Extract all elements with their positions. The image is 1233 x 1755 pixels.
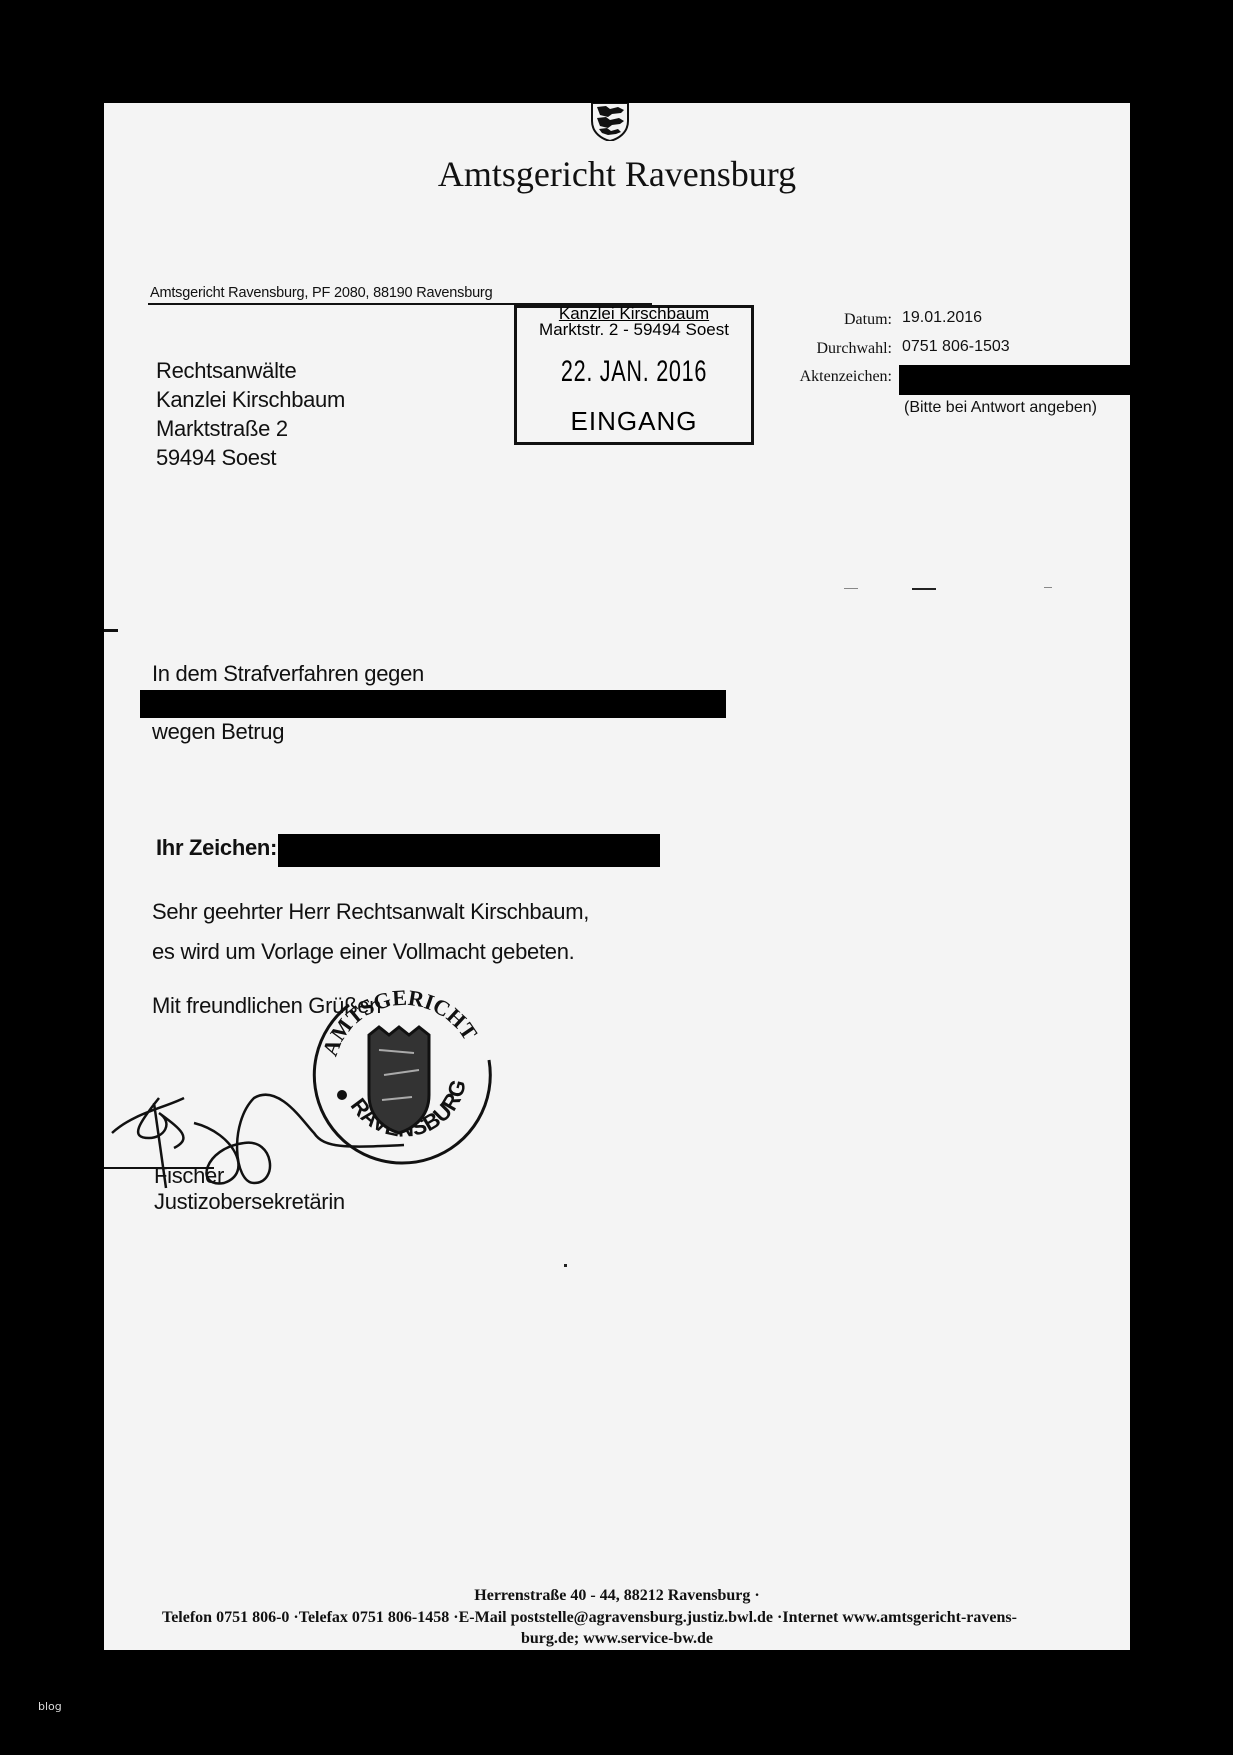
scan-speck: [564, 1264, 567, 1267]
scan-speck: [844, 588, 858, 589]
footer-address: Herrenstraße 40 - 44, 88212 Ravensburg ·: [104, 1587, 1130, 1605]
footer-contact-continued: burg.de; www.service-bw.de: [104, 1630, 1130, 1648]
sender-return-address: Amtsgericht Ravensburg, PF 2080, 88190 R…: [150, 285, 492, 301]
recipient-line-4: 59494 Soest: [156, 445, 276, 471]
signature: [104, 1053, 424, 1193]
request-text: es wird um Vorlage einer Vollmacht gebet…: [152, 939, 574, 965]
scan-speck: [1044, 587, 1052, 588]
extension-value: 0751 806-1503: [902, 338, 1010, 356]
extension-label: Durchwahl:: [712, 340, 892, 358]
case-intro: In dem Strafverfahren gegen: [152, 661, 424, 687]
recipient-line-2: Kanzlei Kirschbaum: [156, 387, 345, 413]
scan-speck: [912, 588, 936, 590]
date-value: 19.01.2016: [902, 309, 982, 327]
fold-mark: [104, 629, 118, 632]
stamp-received-date: 22. JAN. 2016: [550, 355, 718, 389]
your-reference-redacted: [278, 834, 660, 867]
file-reference-label: Aktenzeichen:: [712, 368, 892, 386]
charge-line: wegen Betrug: [152, 719, 284, 745]
defendant-redacted: [140, 690, 726, 718]
footer-contact: Telefon 0751 806-0 ·Telefax 0751 806-145…: [162, 1609, 1017, 1627]
reply-reference-note: (Bitte bei Antwort angeben): [904, 399, 1097, 417]
signer-name: Fischer: [154, 1163, 224, 1189]
your-reference-label: Ihr Zeichen:: [156, 835, 277, 861]
salutation: Sehr geehrter Herr Rechtsanwalt Kirschba…: [152, 899, 589, 925]
stamp-label: EINGANG: [517, 406, 751, 437]
recipient-line-3: Marktstraße 2: [156, 416, 288, 442]
file-reference-redacted: [899, 365, 1130, 395]
letter-page: Amtsgericht Ravensburg Amtsgericht Raven…: [104, 103, 1130, 1650]
coat-of-arms-icon: [588, 103, 632, 141]
signer-title: Justizobersekretärin: [154, 1189, 345, 1215]
date-label: Datum:: [712, 311, 892, 329]
court-name-heading: Amtsgericht Ravensburg: [104, 153, 1130, 195]
recipient-line-1: Rechtsanwälte: [156, 358, 296, 384]
watermark: blog: [38, 1700, 62, 1713]
